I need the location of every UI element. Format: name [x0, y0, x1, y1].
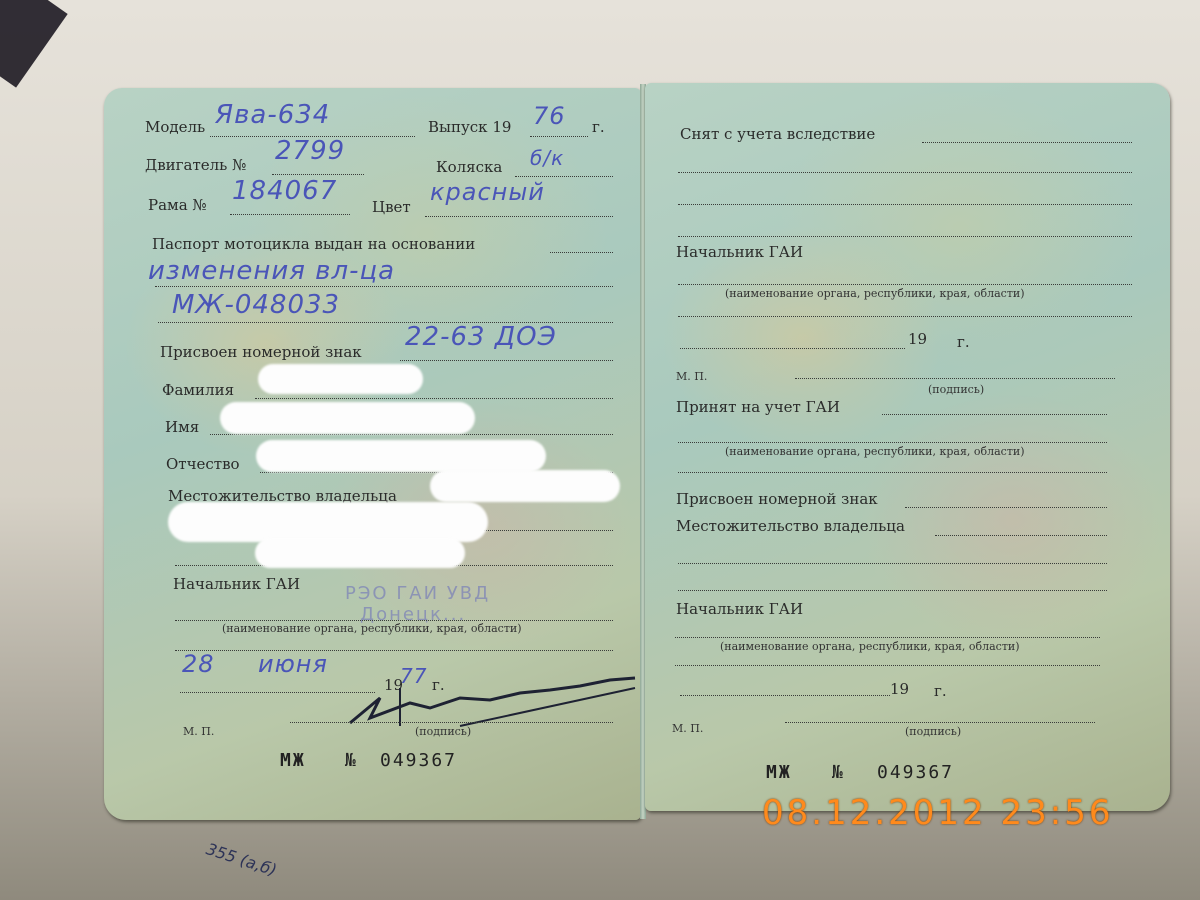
registered-label: Принят на учет ГАИ — [676, 398, 840, 416]
date-year-prefix-right-2: 19 — [890, 680, 909, 698]
seal-label-right: М. П. — [676, 370, 707, 383]
color-label: Цвет — [372, 198, 411, 216]
margin-note: 355 (а,б) — [204, 839, 279, 880]
redaction-residence-3 — [255, 538, 465, 568]
deregistered-label: Снят с учета вследствие — [680, 125, 875, 143]
org-caption-right-3: (наименование органа, республики, края, … — [720, 640, 1020, 653]
engine-label: Двигатель № — [145, 156, 246, 174]
chief-label-right-2: Начальник ГАИ — [676, 600, 803, 618]
redaction-residence-1 — [430, 470, 620, 502]
serial-no-sign: № — [345, 750, 358, 771]
frame-value: 184067 — [232, 176, 337, 206]
redaction-patronymic — [256, 440, 546, 472]
chief-label-right: Начальник ГАИ — [676, 243, 803, 261]
date-year-prefix-right: 19 — [908, 330, 927, 348]
serial-number: 049367 — [380, 750, 457, 771]
camera-timestamp: 08.12.2012 23:56 — [762, 793, 1113, 833]
year-label: Выпуск 19 — [428, 118, 511, 136]
engine-value: 2799 — [275, 136, 345, 166]
plate-label: Присвоен номерной знак — [160, 343, 362, 361]
seal-label: М. П. — [183, 725, 214, 738]
seal-label-right-2: М. П. — [672, 722, 703, 735]
signature-scribble — [340, 668, 640, 728]
sidecar-value: б/к — [530, 146, 564, 170]
year-value: 76 — [533, 102, 566, 130]
color-value: красный — [430, 178, 545, 206]
date-suffix-right-2: г. — [934, 682, 947, 700]
name-label: Имя — [165, 418, 199, 436]
chief-label: Начальник ГАИ — [173, 575, 300, 593]
issued-basis-label: Паспорт мотоцикла выдан на основании — [152, 235, 475, 253]
residence-label-right: Местожительство владельца — [676, 517, 905, 535]
frame-label: Рама № — [148, 196, 207, 214]
model-label: Модель — [145, 118, 205, 136]
date-month: июня — [258, 650, 328, 678]
date-suffix-right: г. — [957, 333, 970, 351]
serial-no-sign-right: № — [832, 762, 845, 783]
signature-caption: (подпись) — [415, 725, 471, 738]
serial-number-right: 049367 — [877, 762, 954, 783]
redaction-residence-2 — [168, 502, 488, 542]
org-caption-right-2: (наименование органа, республики, края, … — [725, 445, 1025, 458]
serial-prefix-right: МЖ — [766, 762, 792, 783]
org-caption-right: (наименование органа, республики, края, … — [725, 287, 1025, 300]
plate-label-right: Присвоен номерной знак — [676, 490, 878, 508]
signature-caption-right-2: (подпись) — [905, 725, 961, 738]
plate-value: 22-63 ДОЭ — [405, 322, 557, 352]
background-shadow — [0, 0, 68, 88]
year-suffix: г. — [592, 118, 605, 136]
model-value: Ява-634 — [215, 100, 330, 130]
signature-caption-right: (подпись) — [928, 383, 984, 396]
stamp-text-1: РЭО ГАИ УВД — [345, 583, 490, 604]
date-day: 28 — [182, 650, 215, 678]
sidecar-label: Коляска — [436, 158, 502, 176]
surname-label: Фамилия — [162, 381, 234, 399]
org-caption: (наименование органа, республики, края, … — [222, 622, 522, 635]
issued-basis-value-1: изменения вл-ца — [148, 256, 395, 286]
serial-prefix: МЖ — [280, 750, 306, 771]
issued-basis-value-2: МЖ-048033 — [172, 290, 340, 320]
redaction-name — [220, 402, 475, 434]
patronymic-label: Отчество — [166, 455, 240, 473]
redaction-surname — [258, 364, 423, 394]
